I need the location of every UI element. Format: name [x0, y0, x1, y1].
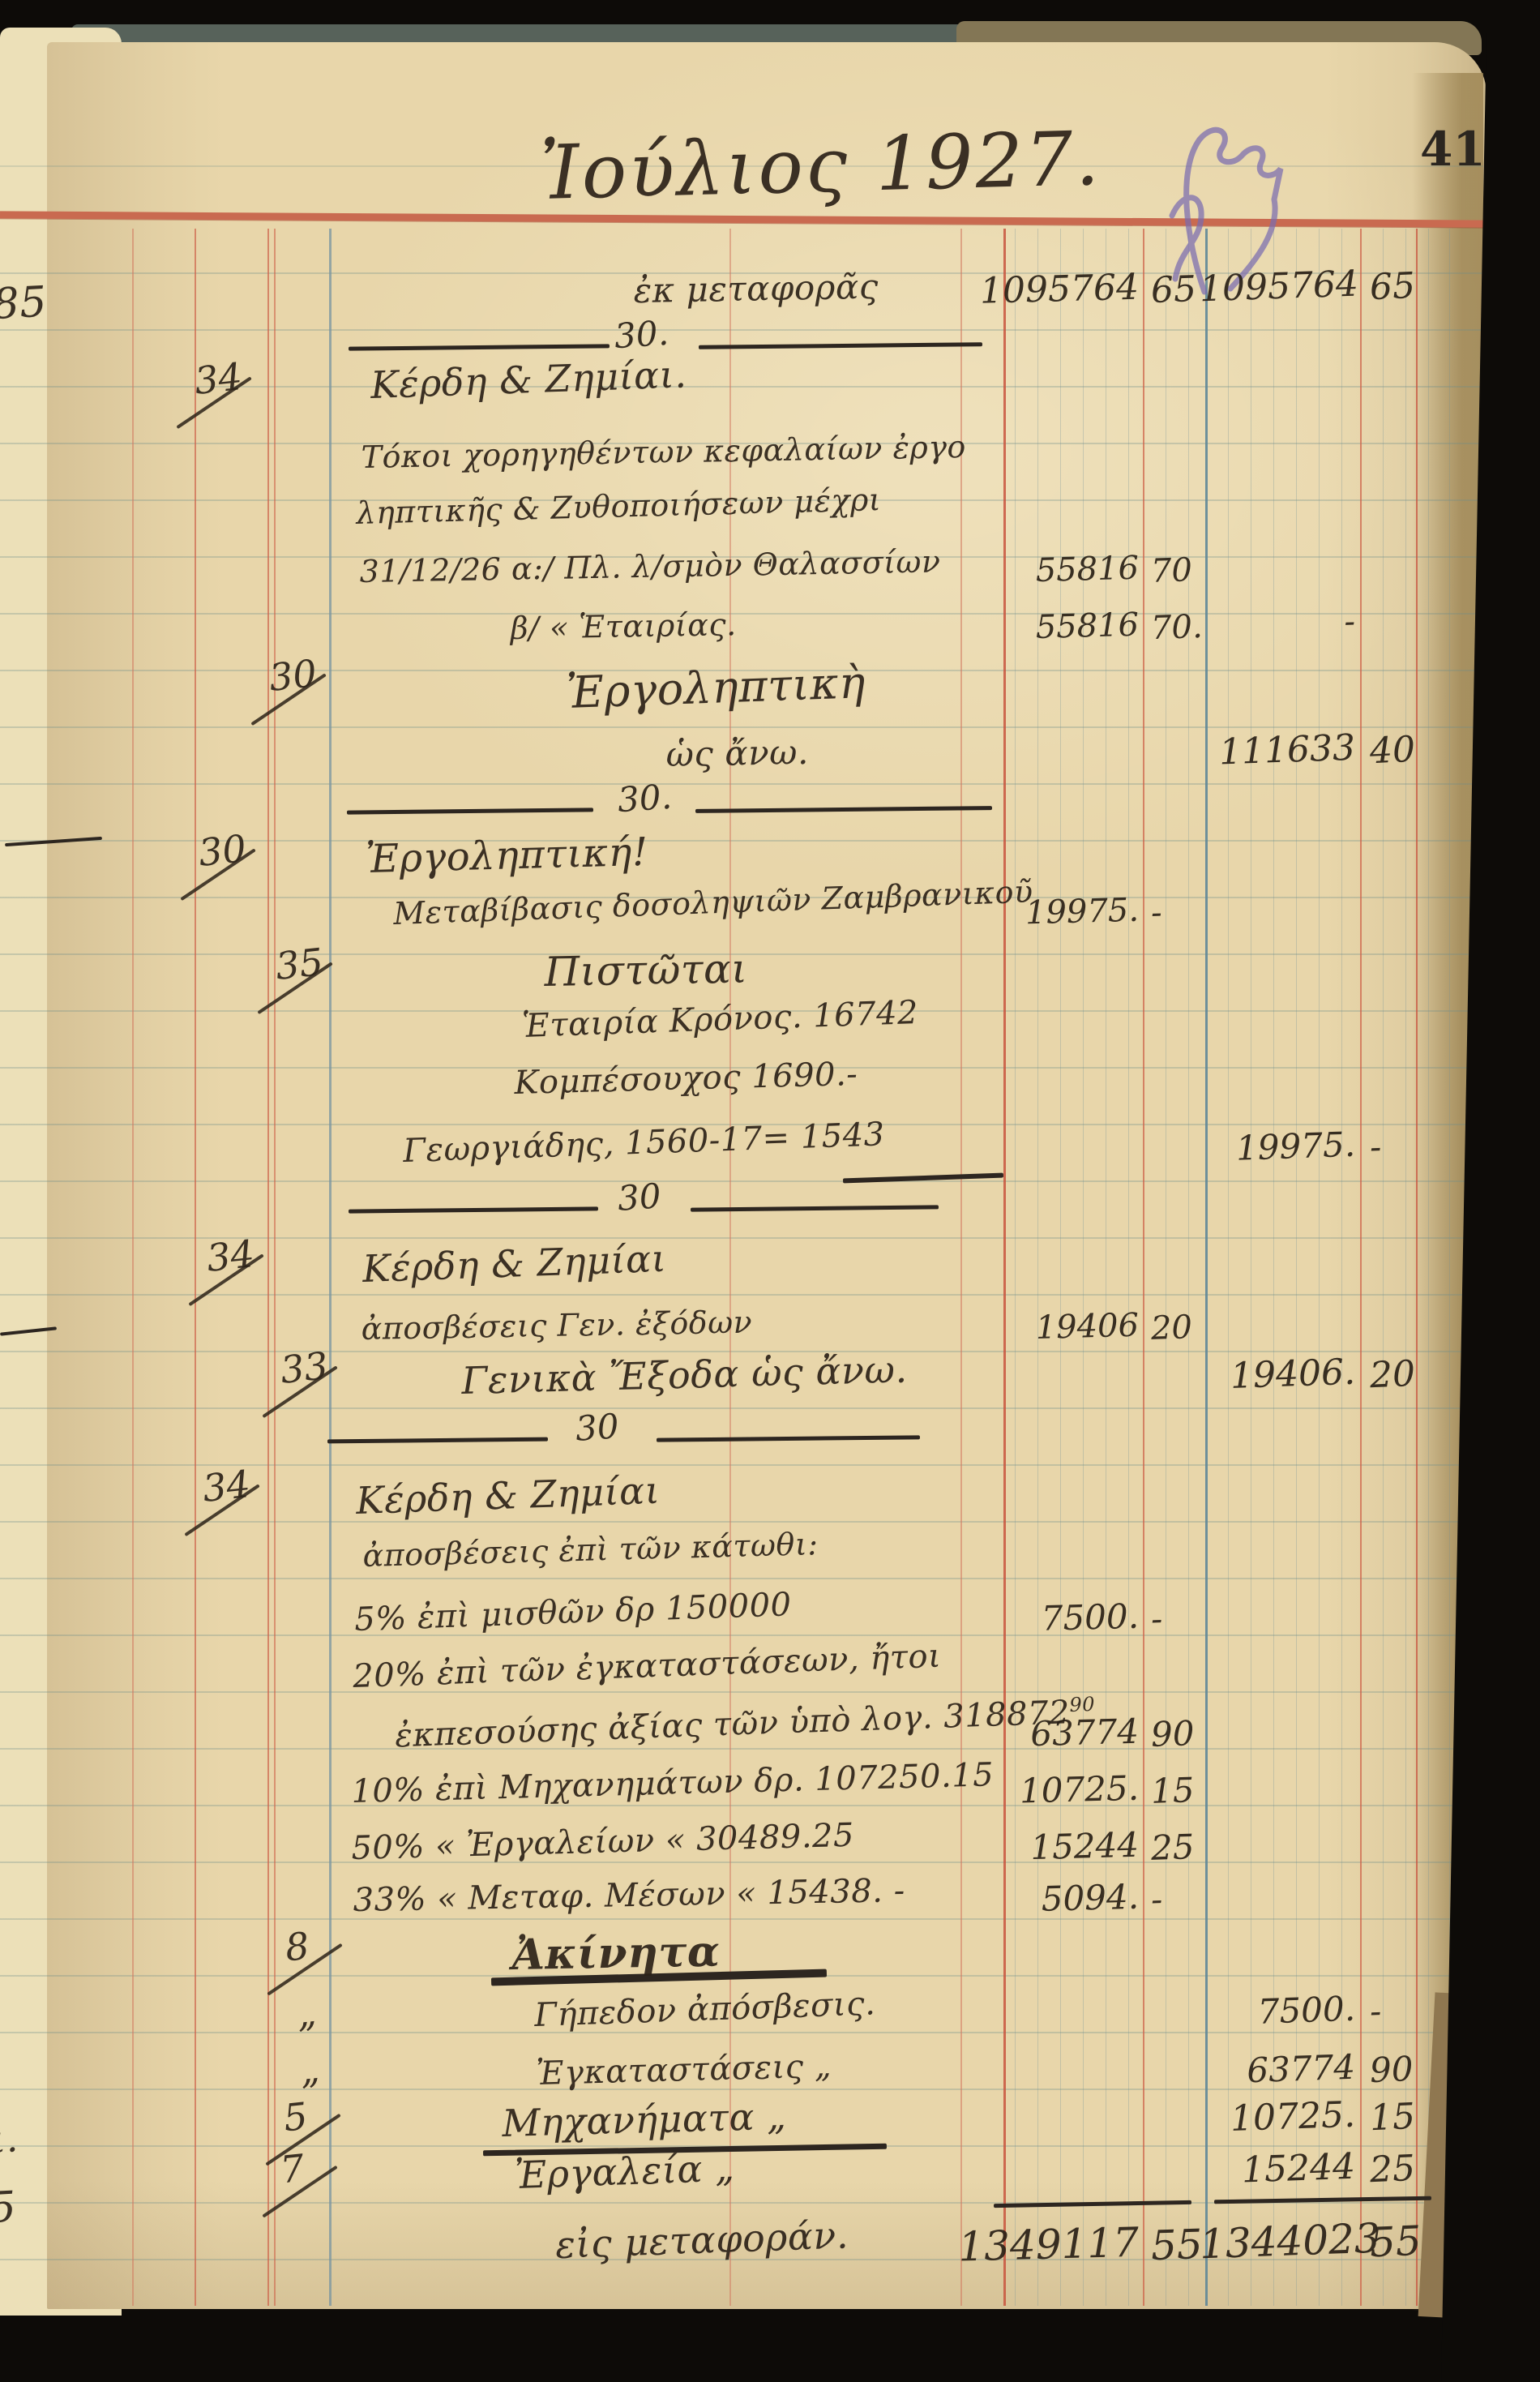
- amount-credit-cents: -: [1369, 1994, 1382, 2029]
- left-edge-fragment: 5: [0, 2186, 18, 2230]
- amount-debit-cents: 65: [1150, 272, 1197, 309]
- amount-credit: 63774: [1199, 2050, 1355, 2090]
- column-rule: [1003, 229, 1006, 2306]
- ledger-scan: Ἰούλιος 1927. 41 ἐκ μεταφορᾶς10957646510…: [0, 0, 1540, 2382]
- amount-debit: 15244: [931, 1828, 1139, 1868]
- pinstripe-rule: [1251, 229, 1251, 2306]
- amount-credit-cents: -: [1369, 1130, 1382, 1165]
- amount-credit: 19975.: [1199, 1128, 1355, 1167]
- folio-number: „: [298, 2050, 322, 2089]
- amount-debit-cents: 90: [1150, 1716, 1195, 1752]
- amount-credit: 1095764: [1199, 267, 1355, 308]
- amount-debit: 55816: [932, 609, 1140, 647]
- divider-date: 30: [575, 1409, 620, 1446]
- amount-debit-cents: -: [1150, 1602, 1163, 1636]
- column-rule: [1360, 229, 1362, 2306]
- ledger-line-text: Πιστῶται: [544, 949, 748, 992]
- amount-debit: 19975.: [932, 894, 1140, 932]
- amount-credit-cents: 65: [1369, 268, 1416, 306]
- folio-number: 34: [201, 1465, 252, 1507]
- folio-number: 34: [205, 1235, 256, 1277]
- folio-number: 30: [197, 829, 248, 872]
- ledger-line-text: Γενικὰ Ἔξοδα ὡς ἄνω.: [461, 1351, 908, 1399]
- folio-number: 5: [282, 2097, 310, 2137]
- ledger-line-text: Ἐργοληπτικὴ: [566, 661, 866, 715]
- column-rule: [1143, 229, 1144, 2306]
- divider-date: 30.: [617, 780, 674, 818]
- column-rule: [329, 229, 332, 2306]
- pinstripe-rule: [1428, 229, 1429, 2306]
- ledger-line-text: Κέρδη & Ζημίαι: [355, 1472, 660, 1519]
- ledger-line-text: Ἀκίνητα: [511, 1931, 721, 1977]
- amount-credit-cents: 25: [1369, 2151, 1416, 2188]
- pinstripe-rule: [1228, 229, 1229, 2306]
- pinstripe-rule: [1188, 229, 1189, 2306]
- column-rule: [1416, 229, 1418, 2306]
- amount-credit-cents: 40: [1369, 732, 1416, 769]
- left-edge-fragment: 85: [0, 281, 48, 326]
- amount-debit-cents: 15: [1150, 1773, 1195, 1809]
- folio-number: 7: [279, 2149, 306, 2189]
- folio-number: 30: [267, 654, 319, 696]
- amount-credit: 7500.: [1199, 1992, 1355, 2032]
- amount-credit: 111633: [1199, 730, 1355, 772]
- ledger-line-text: Κέρδη & Ζημίαι.: [370, 355, 687, 404]
- amount-credit: 10725.: [1199, 2097, 1355, 2139]
- pinstripe-rule: [1083, 229, 1084, 2306]
- ledger-line-text: 33% « Μεταφ. Μέσων « 15438. -: [353, 1874, 905, 1917]
- amount-debit: 1349117: [931, 2222, 1139, 2268]
- amount-credit-cents: 15: [1369, 2099, 1416, 2136]
- amount-credit-cents: 20: [1369, 1356, 1416, 1394]
- amount-debit: 19406: [932, 1309, 1140, 1347]
- divider-date: 30: [617, 1179, 662, 1216]
- folio-number: 34: [193, 358, 244, 400]
- column-rule: [1205, 229, 1208, 2306]
- column-rule: [960, 229, 962, 2306]
- ledger-line-text: ὡς ἄνω.: [665, 735, 809, 772]
- column-rule: [195, 229, 196, 2306]
- pinstripe-rule: [1166, 229, 1166, 2306]
- pinstripe-rule: [1015, 229, 1016, 2306]
- amount-credit-cents: 55: [1369, 2221, 1422, 2264]
- amount-debit: 7500.: [931, 1600, 1139, 1639]
- amount-debit-cents: 70.: [1150, 610, 1203, 645]
- pinstripe-rule: [1060, 229, 1061, 2306]
- amount-debit: 10725.: [931, 1772, 1139, 1811]
- amount-debit: 5094.: [931, 1880, 1139, 1920]
- amount-debit: 63774: [931, 1715, 1139, 1754]
- folio-number: „: [295, 1994, 319, 2033]
- amount-credit: 15244: [1199, 2149, 1355, 2191]
- ledger-line-text: Ἐργαλεία „: [514, 2149, 735, 2194]
- ledger-line-text: ἐκ μεταφορᾶς: [633, 270, 879, 308]
- divider-date: 30.: [614, 316, 670, 354]
- page-title: Ἰούλιος 1927.: [540, 122, 1102, 211]
- amount-debit-cents: 55: [1150, 2224, 1203, 2266]
- ledger-line-text: Ἐγκαταστάσεις „: [536, 2050, 832, 2090]
- ledger-line-text: Μηχανήματα „: [502, 2097, 787, 2142]
- left-edge-fragment: ι.: [0, 2119, 19, 2158]
- amount-credit-cents: 90: [1369, 2052, 1414, 2088]
- amount-debit-cents: -: [1150, 1883, 1163, 1917]
- pinstripe-rule: [1106, 229, 1106, 2306]
- amount-credit: 19406.: [1199, 1355, 1355, 1396]
- ledger-line-text: εἰς μεταφοράν.: [554, 2216, 849, 2264]
- amount-credit: -: [1199, 606, 1355, 644]
- ledger-line-text: Κομπέσουχος 1690.-: [514, 1058, 858, 1099]
- folio-number: 8: [284, 1927, 311, 1967]
- amount-debit-cents: 25: [1150, 1830, 1195, 1866]
- amount-debit-cents: 20: [1150, 1311, 1192, 1345]
- ledger-line-text: Ἐργοληπτική!: [366, 833, 649, 879]
- page-number: 41: [1420, 122, 1486, 177]
- amount-debit-cents: 70: [1150, 554, 1192, 588]
- pinstripe-rule: [1128, 229, 1129, 2306]
- folio-number: 33: [279, 1347, 330, 1389]
- column-rule: [132, 229, 134, 2306]
- ledger-line-text: β/ « Ἑταιρίας.: [510, 609, 737, 644]
- pinstripe-rule: [1037, 229, 1038, 2306]
- pinstripe-rule: [1405, 229, 1406, 2306]
- amount-debit: 1095764: [931, 270, 1139, 311]
- amount-debit-cents: -: [1150, 897, 1162, 929]
- pinstripe-rule: [1383, 229, 1384, 2306]
- folio-number: 35: [274, 943, 325, 985]
- amount-credit: 1344023: [1199, 2219, 1356, 2265]
- ledger-line-text: ἀποσβέσεις Γεν. ἐξόδων: [361, 1307, 752, 1344]
- column-rule: [274, 229, 276, 2306]
- amount-debit: 55816: [932, 552, 1140, 590]
- ledger-line-text: Κέρδη & Ζημίαι: [361, 1240, 666, 1287]
